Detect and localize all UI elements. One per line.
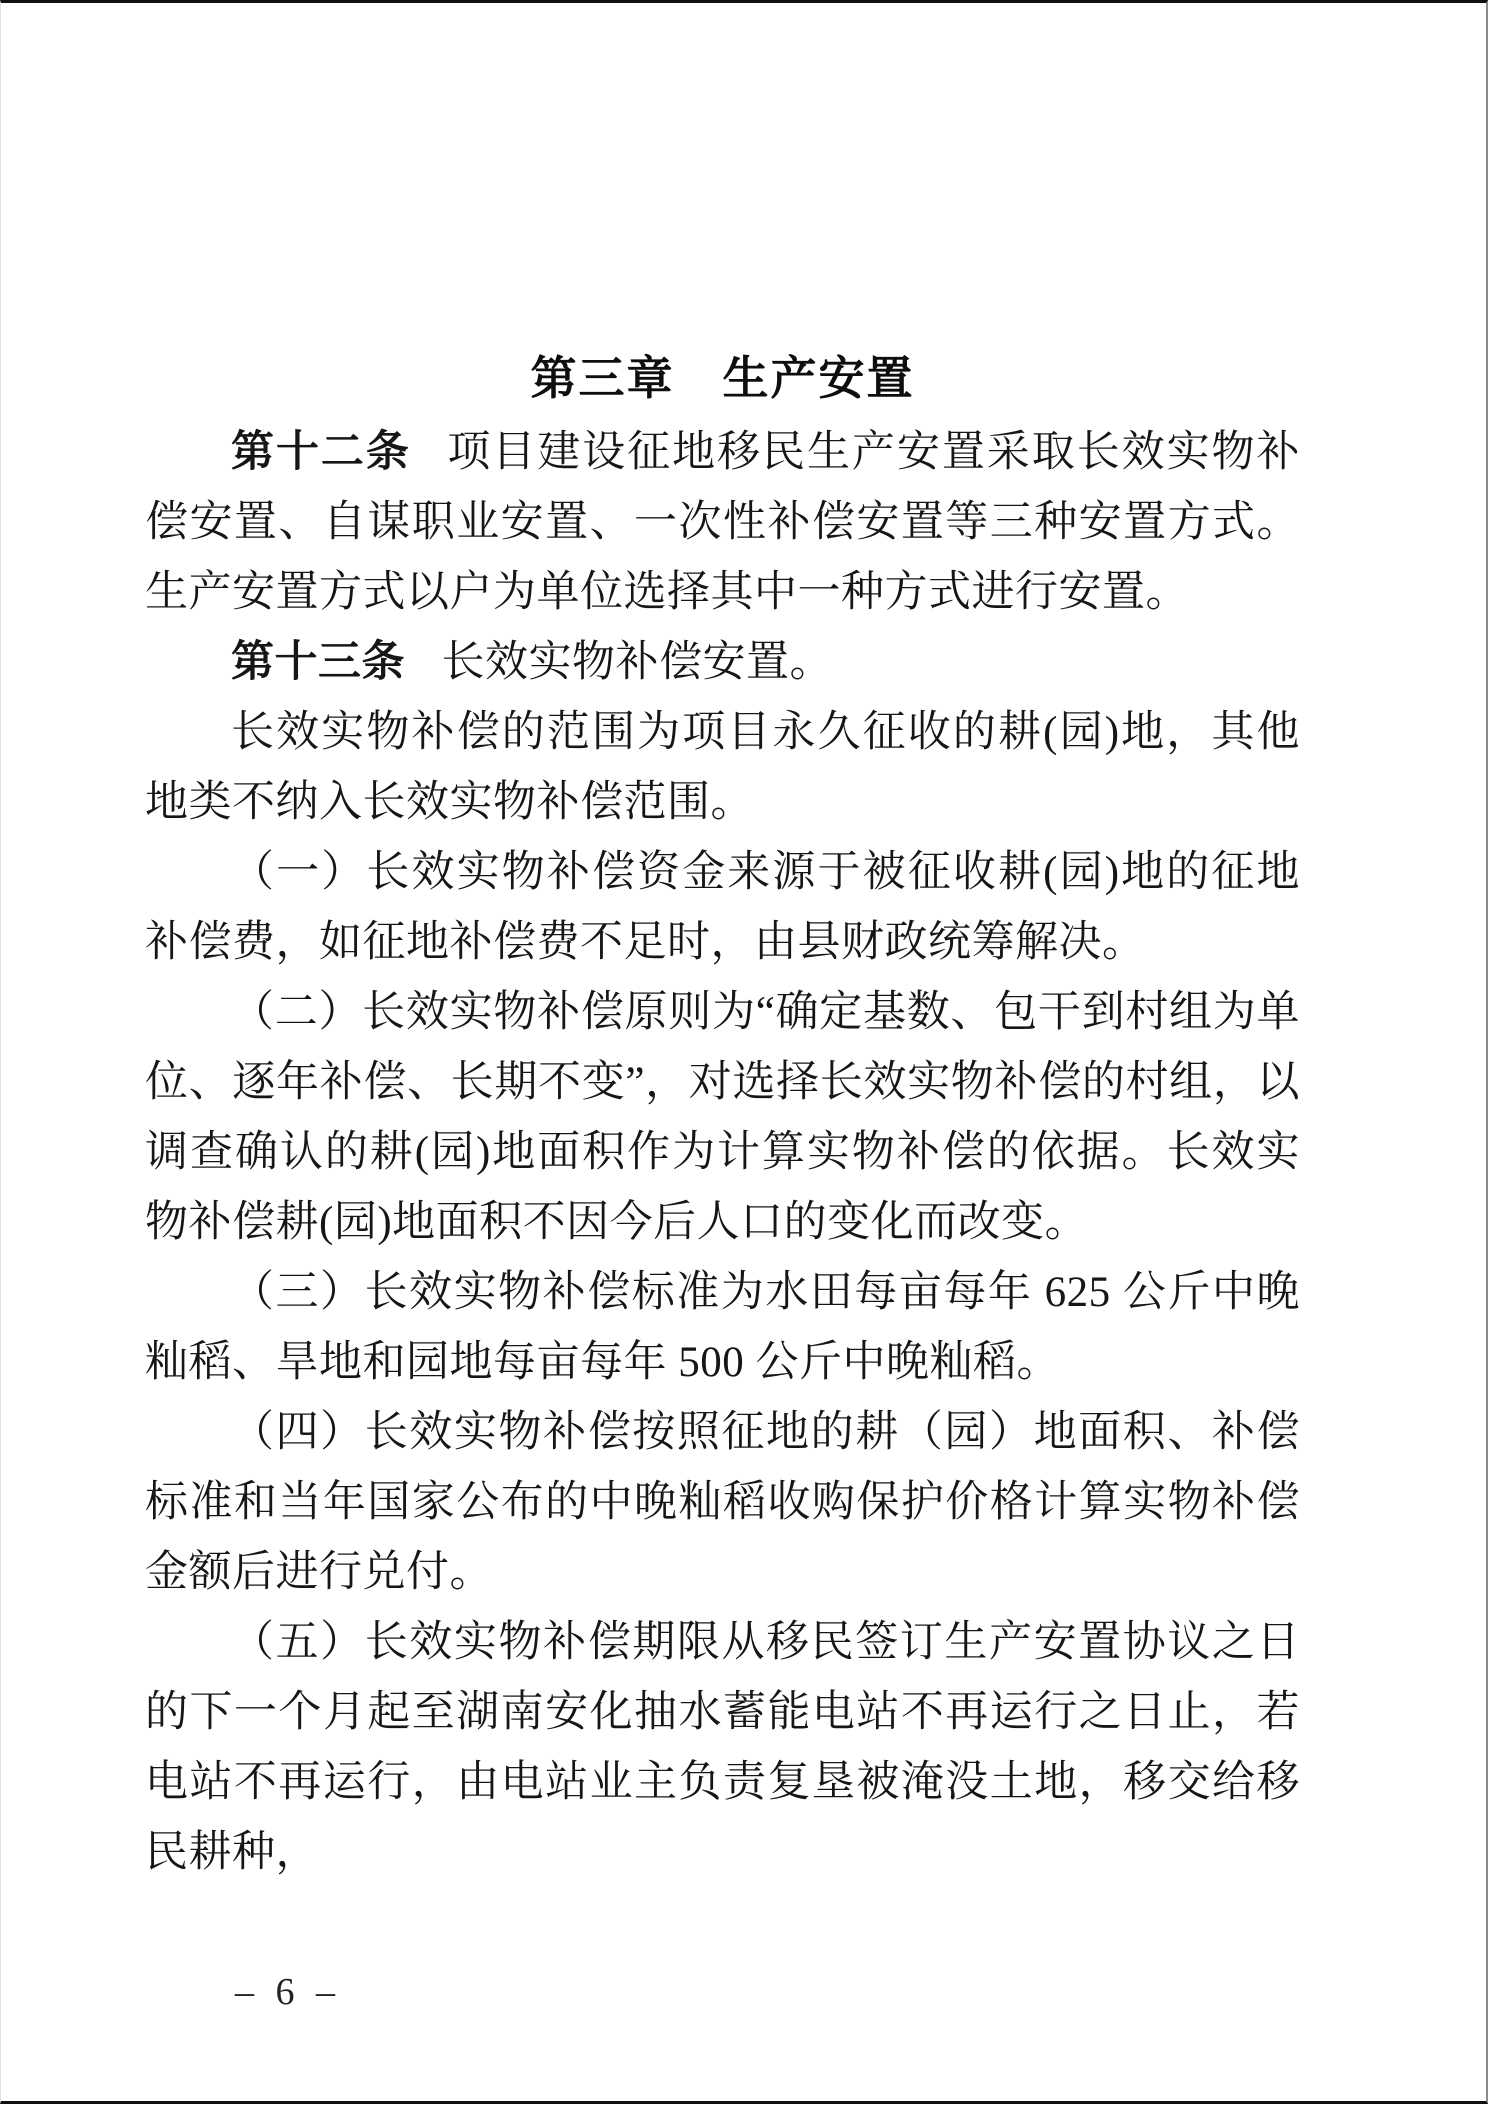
paragraph-text: （四）长效实物补偿按照征地的耕（园）地面积、补偿标准和当年国家公布的中晚籼稻收购…: [145, 1409, 1300, 1596]
paragraph-item-5: （五）长效实物补偿期限从移民签订生产安置协议之日的下一个月起至湖南安化抽水蓄能电…: [145, 1608, 1300, 1888]
paragraph-article-13: 第十三条长效实物补偿安置。: [145, 628, 1300, 698]
paragraph-item-4: （四）长效实物补偿按照征地的耕（园）地面积、补偿标准和当年国家公布的中晚籼稻收购…: [145, 1398, 1300, 1608]
paragraph-text: （二）长效实物补偿原则为“确定基数、包干到村组为单位、逐年补偿、长期不变”，对选…: [145, 989, 1300, 1246]
paragraph-article-12: 第十二条项目建设征地移民生产安置采取长效实物补偿安置、自谋职业安置、一次性补偿安…: [145, 418, 1300, 628]
paragraph-item-1: （一）长效实物补偿资金来源于被征收耕(园)地的征地补偿费，如征地补偿费不足时，由…: [145, 838, 1300, 978]
page-number: – 6 –: [235, 1972, 1300, 2012]
document-page: 第三章 生产安置 第十二条项目建设征地移民生产安置采取长效实物补偿安置、自谋职业…: [0, 0, 1488, 2104]
document-body: 第十二条项目建设征地移民生产安置采取长效实物补偿安置、自谋职业安置、一次性补偿安…: [145, 418, 1300, 1888]
paragraph-text: （一）长效实物补偿资金来源于被征收耕(园)地的征地补偿费，如征地补偿费不足时，由…: [145, 849, 1300, 966]
chapter-heading: 第三章 生产安置: [145, 3, 1300, 404]
paragraph-item-2: （二）长效实物补偿原则为“确定基数、包干到村组为单位、逐年补偿、长期不变”，对选…: [145, 978, 1300, 1258]
paragraph-item-3: （三）长效实物补偿标准为水田每亩每年 625 公斤中晚籼稻、旱地和园地每亩每年 …: [145, 1258, 1300, 1398]
article-number: 第十二条: [231, 429, 411, 476]
paragraph-scope: 长效实物补偿的范围为项目永久征收的耕(园)地，其他地类不纳入长效实物补偿范围。: [145, 698, 1300, 838]
paragraph-text: （五）长效实物补偿期限从移民签订生产安置协议之日的下一个月起至湖南安化抽水蓄能电…: [145, 1619, 1300, 1876]
paragraph-text: （三）长效实物补偿标准为水田每亩每年 625 公斤中晚籼稻、旱地和园地每亩每年 …: [145, 1269, 1300, 1386]
article-number: 第十三条: [231, 639, 405, 686]
paragraph-text: 长效实物补偿安置。: [442, 639, 834, 686]
paragraph-text: 长效实物补偿的范围为项目永久征收的耕(园)地，其他地类不纳入长效实物补偿范围。: [145, 709, 1300, 826]
